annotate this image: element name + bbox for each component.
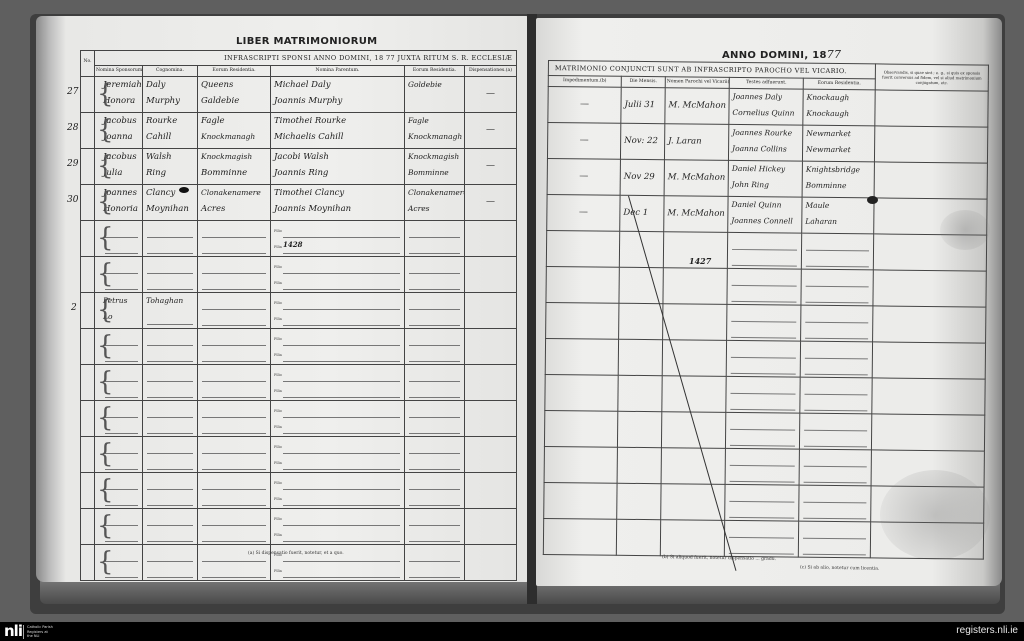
col-header-impediment: Impedimentum.(b) — [548, 76, 621, 88]
marriage-date: Dec 1 — [620, 196, 663, 230]
groom-parent: Michael Daly — [271, 77, 404, 93]
col-header-date: Die Mensis. — [621, 76, 665, 87]
marriage-date: Nov: 22 — [621, 124, 664, 158]
parent-residence-2: Bomminne — [405, 165, 464, 181]
bride-surname: Moynihan — [143, 201, 197, 217]
bride-residence: Bomminne — [198, 165, 270, 181]
witness-residence-1: Knockaugh — [804, 90, 875, 107]
col-header-surname: Cognomina. — [143, 66, 198, 77]
witness-residence-2: Laharan — [802, 214, 873, 231]
impediment: — — [547, 195, 619, 230]
groom-parent: Timothei Rourke — [271, 113, 404, 129]
table-row — [546, 266, 986, 307]
table-row: — Julii 31 M. McMahon Joannes DalyCornel… — [548, 87, 988, 128]
table-row: 30 {JoannesHonoria ClancyMoynihan Clonak… — [81, 185, 517, 221]
groom-parent: Timothei Clancy — [271, 185, 404, 201]
entry-number: 27 — [67, 87, 78, 97]
col-header-witness-residence: Eorum Residentia. — [803, 78, 875, 90]
witness-residence-2: Knockaugh — [803, 106, 874, 123]
filia-label: Filia — [274, 281, 282, 285]
parent-residence-1: Fagle — [405, 113, 464, 129]
brace-icon: { — [97, 368, 114, 396]
groom-residence: Clonakenamere — [198, 185, 270, 201]
groom-surname: Tohaghan — [143, 293, 197, 309]
filio-label: Filio — [274, 229, 282, 233]
table-row: {FilioFilia — [81, 401, 517, 437]
entry-number: 30 — [67, 195, 78, 205]
brace-icon: { — [97, 404, 114, 432]
footer-bar: nli Catholic Parish Registers at the NLI… — [0, 622, 1024, 641]
entry-number: 29 — [67, 159, 78, 169]
groom-surname: Walsh — [143, 149, 197, 165]
filio-label: Filio — [274, 481, 282, 485]
brace-icon: { — [97, 80, 114, 108]
groom-parent: Jacobi Walsh — [271, 149, 404, 165]
groom-surname: Clancy — [143, 185, 197, 201]
groom-residence: Fagle — [198, 113, 270, 129]
dispensation: — — [465, 149, 516, 183]
brace-icon: { — [97, 116, 114, 144]
table-row: 28 {JacobusJoanna RourkeCahill FagleKnoc… — [81, 113, 517, 149]
col-header-residence: Eorum Residentia. — [198, 66, 271, 77]
bride-parent: Michaelis Cahill — [271, 129, 404, 145]
impediment: — — [548, 87, 620, 122]
witness-1: Joannes Daly — [730, 89, 803, 106]
bride-residence: Knockmanagh — [198, 129, 270, 145]
register-note: 1428 — [283, 240, 302, 249]
table-row: {FilioFilia — [81, 473, 517, 509]
col-header-parents: Nomina Parentum. — [271, 66, 405, 77]
witness-1: Joannes Rourke — [729, 125, 802, 142]
witness-residence-2: Bomminne — [803, 178, 874, 195]
table-row: — Dec 1 M. McMahon Daniel QuinnJoannes C… — [547, 194, 987, 235]
table-row — [544, 410, 984, 451]
parent-residence-2: Goldebie — [405, 77, 464, 93]
table-row — [545, 338, 985, 379]
groom-residence: Knockmagish — [198, 149, 270, 165]
witness-residence-2: Newmarket — [803, 142, 874, 159]
table-row: {FilioFilia — [81, 437, 517, 473]
table-row: 27 {JeremiahHonora DalyMurphy QueensGald… — [81, 77, 517, 113]
page-stain — [880, 470, 990, 560]
filia-label: Filia — [274, 353, 282, 357]
bride-parent: Joannis Moynihan — [271, 201, 404, 217]
entry-number: 2 — [71, 303, 77, 313]
bride-residence: Galdebie — [198, 93, 270, 109]
brace-icon: { — [97, 512, 114, 540]
table-row: — Nov: 22 J. Laran Joannes RourkeJoanna … — [547, 123, 987, 164]
table-row: {FilioFilia — [81, 545, 517, 581]
logo-sub-line: the NLI — [27, 634, 53, 639]
nli-logo[interactable]: nli — [4, 624, 22, 639]
col-header-parent-residence: Eorum Residentia. — [405, 66, 465, 77]
parent-residence-2: Acres — [405, 201, 464, 217]
filia-label: Filia — [274, 245, 282, 249]
brace-icon: { — [97, 332, 114, 360]
page-stain — [940, 210, 990, 250]
witness-2: Joanna Collins — [729, 141, 802, 158]
marriage-date: Nov 29 — [621, 160, 664, 194]
groom-surname: Daly — [143, 77, 197, 93]
dispensation: — — [465, 185, 516, 219]
witness-2: Cornelius Quinn — [729, 105, 802, 122]
witness-2: John Ring — [729, 177, 802, 194]
brace-icon: { — [97, 260, 114, 288]
table-row: {FilioFilia — [81, 365, 517, 401]
brace-icon: { — [97, 188, 114, 216]
bride-parent: Joannis Murphy — [271, 93, 404, 109]
left-register-table: No. INFRASCRIPTI SPONSI ANNO DOMINI, 18 … — [80, 50, 517, 581]
brace-icon: { — [97, 224, 114, 252]
table-row — [546, 302, 986, 343]
logo-divider — [23, 625, 24, 639]
filio-label: Filio — [274, 373, 282, 377]
col-header-priest: Nomen Parochi vel Vicarii(c) — [665, 77, 729, 89]
witness-2: Joannes Connell — [728, 213, 801, 230]
witness-1: Daniel Quinn — [728, 197, 801, 214]
filia-label: Filia — [274, 317, 282, 321]
brace-icon: { — [97, 296, 114, 324]
bride-surname: Ring — [143, 165, 197, 181]
witness-1: Daniel Hickey — [729, 161, 802, 178]
filia-label: Filia — [274, 533, 282, 537]
title-prefix: ANNO DOMINI, 18 — [722, 50, 827, 61]
col-header-groom-bride: Nomina Sponsorum. — [95, 66, 143, 77]
entry-number: 28 — [67, 123, 78, 133]
filio-label: Filio — [274, 517, 282, 521]
col-header-observations: Observandis, si quae sint ; e. g., si qu… — [875, 64, 988, 91]
table-row — [546, 230, 986, 271]
filio-label: Filio — [274, 409, 282, 413]
table-row: { FilioFilia1428 — [81, 221, 517, 257]
filio-label: Filio — [274, 337, 282, 341]
witness-residence-1: Newmarket — [803, 126, 874, 143]
brace-icon: { — [97, 440, 114, 468]
right-page-title: ANNO DOMINI, 1877 — [722, 48, 841, 61]
filia-label: Filia — [274, 569, 282, 573]
parent-residence-2: Knockmanagh — [405, 129, 464, 145]
dispensation: — — [465, 77, 516, 111]
filia-label: Filia — [274, 425, 282, 429]
priest-name: M. McMahon — [665, 88, 728, 123]
table-row: { FilioFilia — [81, 257, 517, 293]
register-note-1427: 1427 — [689, 256, 711, 266]
title-year-handwritten: 77 — [827, 48, 842, 61]
table-row: — Nov 29 M. McMahon Daniel HickeyJohn Ri… — [547, 158, 987, 199]
left-footnote: (a) Si dispensatio fuerit, notetur, et a… — [248, 551, 344, 556]
witness-residence-1: Maule — [802, 198, 873, 215]
priest-name: J. Laran — [665, 124, 728, 159]
brace-icon: { — [97, 152, 114, 180]
filia-label: Filia — [274, 461, 282, 465]
priest-name: M. McMahon — [665, 160, 728, 195]
filio-label: Filio — [274, 445, 282, 449]
logo-sub-line: Catholic Parish — [27, 625, 53, 630]
site-link[interactable]: registers.nli.ie — [956, 625, 1018, 636]
ink-blot — [867, 196, 878, 204]
table-row: 29 {JacobusJulia WalshRing KnockmagishBo… — [81, 149, 517, 185]
left-banner: INFRASCRIPTI SPONSI ANNO DOMINI, 18 77 J… — [95, 51, 517, 66]
parent-residence-1: Knockmagish — [405, 149, 464, 165]
impediment: — — [548, 159, 620, 194]
priest-name: M. McMahon — [664, 196, 727, 231]
col-header-dispensation: Dispensationes.(a) — [465, 66, 517, 77]
impediment: — — [548, 123, 620, 158]
bride-surname: Murphy — [143, 93, 197, 109]
filio-label: Filio — [274, 265, 282, 269]
witness-residence-1: Knightsbridge — [803, 162, 874, 179]
brace-icon: { — [97, 476, 114, 504]
filia-label: Filia — [274, 497, 282, 501]
table-row: {FilioFilia — [81, 329, 517, 365]
col-header-witnesses: Testes adfuerunt. — [729, 77, 803, 89]
filia-label: Filia — [274, 389, 282, 393]
table-row — [545, 374, 985, 415]
filio-label: Filio — [274, 301, 282, 305]
table-row: 2 {PetrusLo Tohaghan FilioFilia — [81, 293, 517, 329]
bride-parent: Joannis Ring — [271, 165, 404, 181]
no-header: No. — [81, 51, 95, 77]
ink-blot — [179, 187, 189, 193]
brace-icon: { — [97, 548, 114, 576]
groom-residence: Queens — [198, 77, 270, 93]
groom-surname: Rourke — [143, 113, 197, 129]
dispensation: — — [465, 113, 516, 147]
bride-residence: Acres — [198, 201, 270, 217]
nli-logo-subtitle: Catholic Parish Registers at the NLI — [27, 625, 53, 639]
bride-surname: Cahill — [143, 129, 197, 145]
parent-residence-1: Clonakenamere — [405, 185, 464, 201]
table-row: {FilioFilia — [81, 509, 517, 545]
left-page-title: LIBER MATRIMONIORUM — [236, 36, 377, 47]
marriage-date: Julii 31 — [621, 88, 664, 122]
